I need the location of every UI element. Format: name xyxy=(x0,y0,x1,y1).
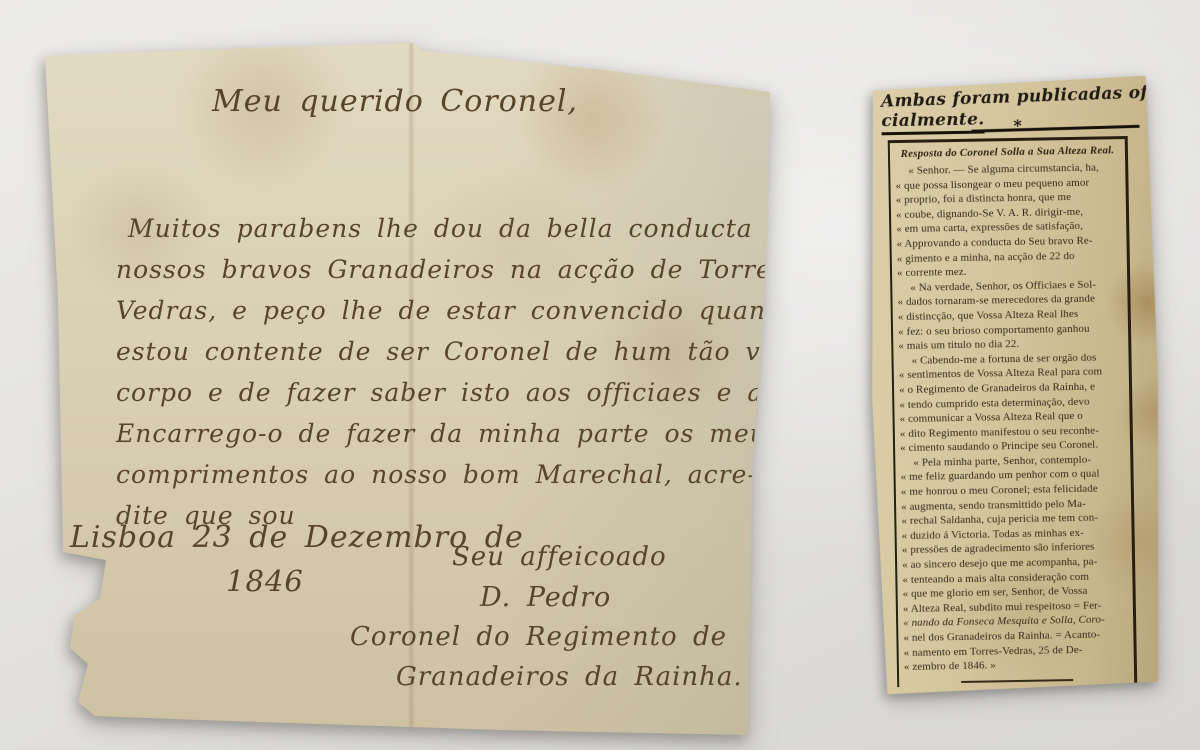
letter-line: Encarrego-o de fazer da minha parte os m… xyxy=(116,413,929,454)
newspaper-clipping: Ambas foram publicadas offi- cialmente. … xyxy=(867,76,1164,695)
letter-line: Vedras, e peço lhe de estar convencido q… xyxy=(116,290,929,331)
photo-surface: Meu querido Coronel, Muitos parabens lhe… xyxy=(0,0,1200,750)
letter-closing-line: Coronel do Regimento de xyxy=(350,622,727,652)
letter-salutation: Meu querido Coronel, xyxy=(212,84,578,119)
letter-line: corpo e de fazer saber isto aos officiae… xyxy=(116,372,929,413)
clipping-title: Resposta do Coronel Solla a Sua Alteza R… xyxy=(890,144,1125,160)
handwritten-annotation-line2: cialmente. xyxy=(881,109,984,135)
letter-year: 1846 xyxy=(226,564,304,598)
letter-body: Muitos parabens lhe dou da bella conduct… xyxy=(116,208,929,536)
letter-line: estou contente de ser Coronel de hum tão… xyxy=(116,331,929,372)
letter-line: Muitos parabens lhe dou da bella conduct… xyxy=(128,208,929,249)
asterisk-mark: * xyxy=(1013,116,1022,135)
letter-line: nossos bravos Granadeiros na acção de To… xyxy=(116,249,929,290)
letter-line: comprimentos ao nosso bom Marechal, acre… xyxy=(116,454,929,495)
clipping-end-rule xyxy=(961,679,1073,683)
letter-closing-line: Granadeiros da Rainha. xyxy=(396,662,743,692)
letter-signature: D. Pedro xyxy=(480,582,611,613)
clipping-text: « Senhor. — Se alguma circumstancia, ha,… xyxy=(890,160,1134,675)
annotation-underline-rule xyxy=(972,125,1140,133)
clipping-line: « zembro de 1846. » xyxy=(904,656,1134,675)
letter-closing-line: Seu affeicoado xyxy=(452,542,667,572)
clipping-paper: Ambas foram publicadas offi- cialmente. … xyxy=(867,76,1164,695)
printed-column: Resposta do Coronel Solla a Sua Alteza R… xyxy=(888,136,1138,687)
letter-paper: Meu querido Coronel, Muitos parabens lhe… xyxy=(44,40,774,744)
handwritten-annotation-line1: Ambas foram publicadas offi- xyxy=(881,82,1170,112)
letter-line-text: corpo e de fazer saber isto aos officiae… xyxy=(116,378,793,407)
handwritten-letter: Meu querido Coronel, Muitos parabens lhe… xyxy=(44,40,774,744)
